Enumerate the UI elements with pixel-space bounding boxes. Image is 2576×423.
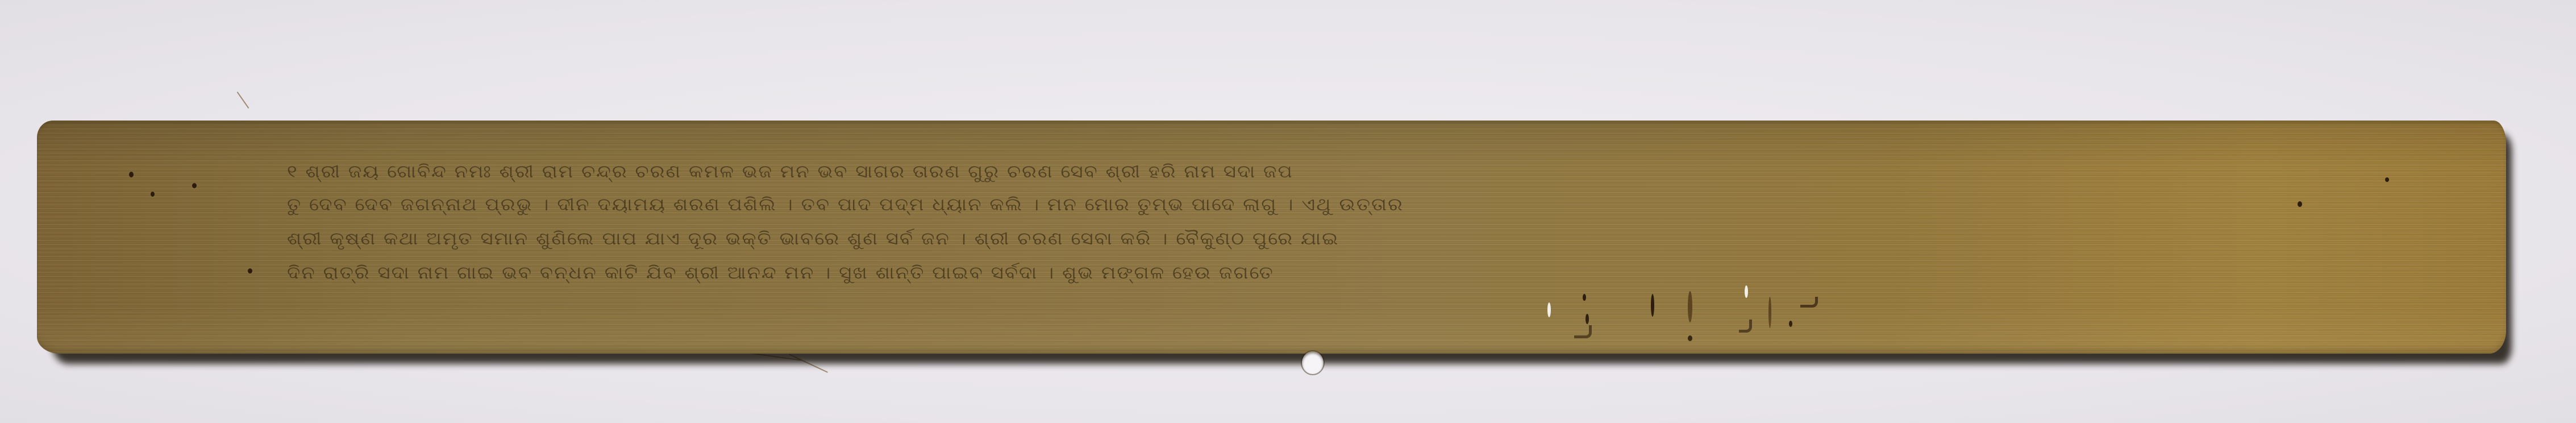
wormhole bbox=[1688, 291, 1692, 322]
wormhole bbox=[1547, 302, 1551, 317]
wormhole bbox=[1789, 321, 1792, 327]
folio-number-mark bbox=[1739, 320, 1752, 333]
wormhole bbox=[192, 183, 197, 188]
wormhole bbox=[1583, 294, 1586, 301]
wormhole bbox=[1585, 314, 1589, 324]
wormhole bbox=[1745, 285, 1748, 298]
wormhole bbox=[1651, 294, 1654, 317]
wormhole bbox=[248, 268, 252, 273]
folio-number-mark bbox=[1574, 325, 1592, 338]
palm-leaf-folio: ୧ ଶ୍ରୀ ଜୟ ଗୋବିନ୍ଦ ନମଃ ଶ୍ରୀ ରାମ ଚନ୍ଦ୍ର ଚର… bbox=[37, 121, 2506, 354]
wormhole bbox=[2385, 177, 2389, 182]
manuscript-line-3: ଶ୍ରୀ କୃଷ୍ଣ କଥା ଅମୃତ ସମାନ ଶୁଣିଲେ ପାପ ଯାଏ … bbox=[287, 227, 1339, 256]
wormhole bbox=[1768, 297, 1771, 328]
manuscript-line-4: ଦିନ ରାତ୍ରି ସଦା ନାମ ଗାଇ ଭବ ବନ୍ଧନ କାଟି ଯିବ… bbox=[287, 262, 1274, 290]
wormhole bbox=[1688, 335, 1692, 341]
string-hole bbox=[1302, 351, 1324, 374]
wormhole bbox=[129, 172, 134, 177]
manuscript-line-1: ୧ ଶ୍ରୀ ଜୟ ଗୋବିନ୍ଦ ନମଃ ଶ୍ରୀ ରାମ ଚନ୍ଦ୍ର ଚର… bbox=[287, 160, 1293, 189]
manuscript-line-2: ତୁ ଦେବ ଦେବ ଜଗନ୍ନାଥ ପ୍ରଭୁ । ଦୀନ ଦୟାମୟ ଶରଣ… bbox=[287, 193, 1404, 222]
folio-number-mark bbox=[1800, 297, 1818, 308]
wormhole bbox=[151, 192, 155, 197]
wormhole bbox=[2298, 201, 2302, 207]
